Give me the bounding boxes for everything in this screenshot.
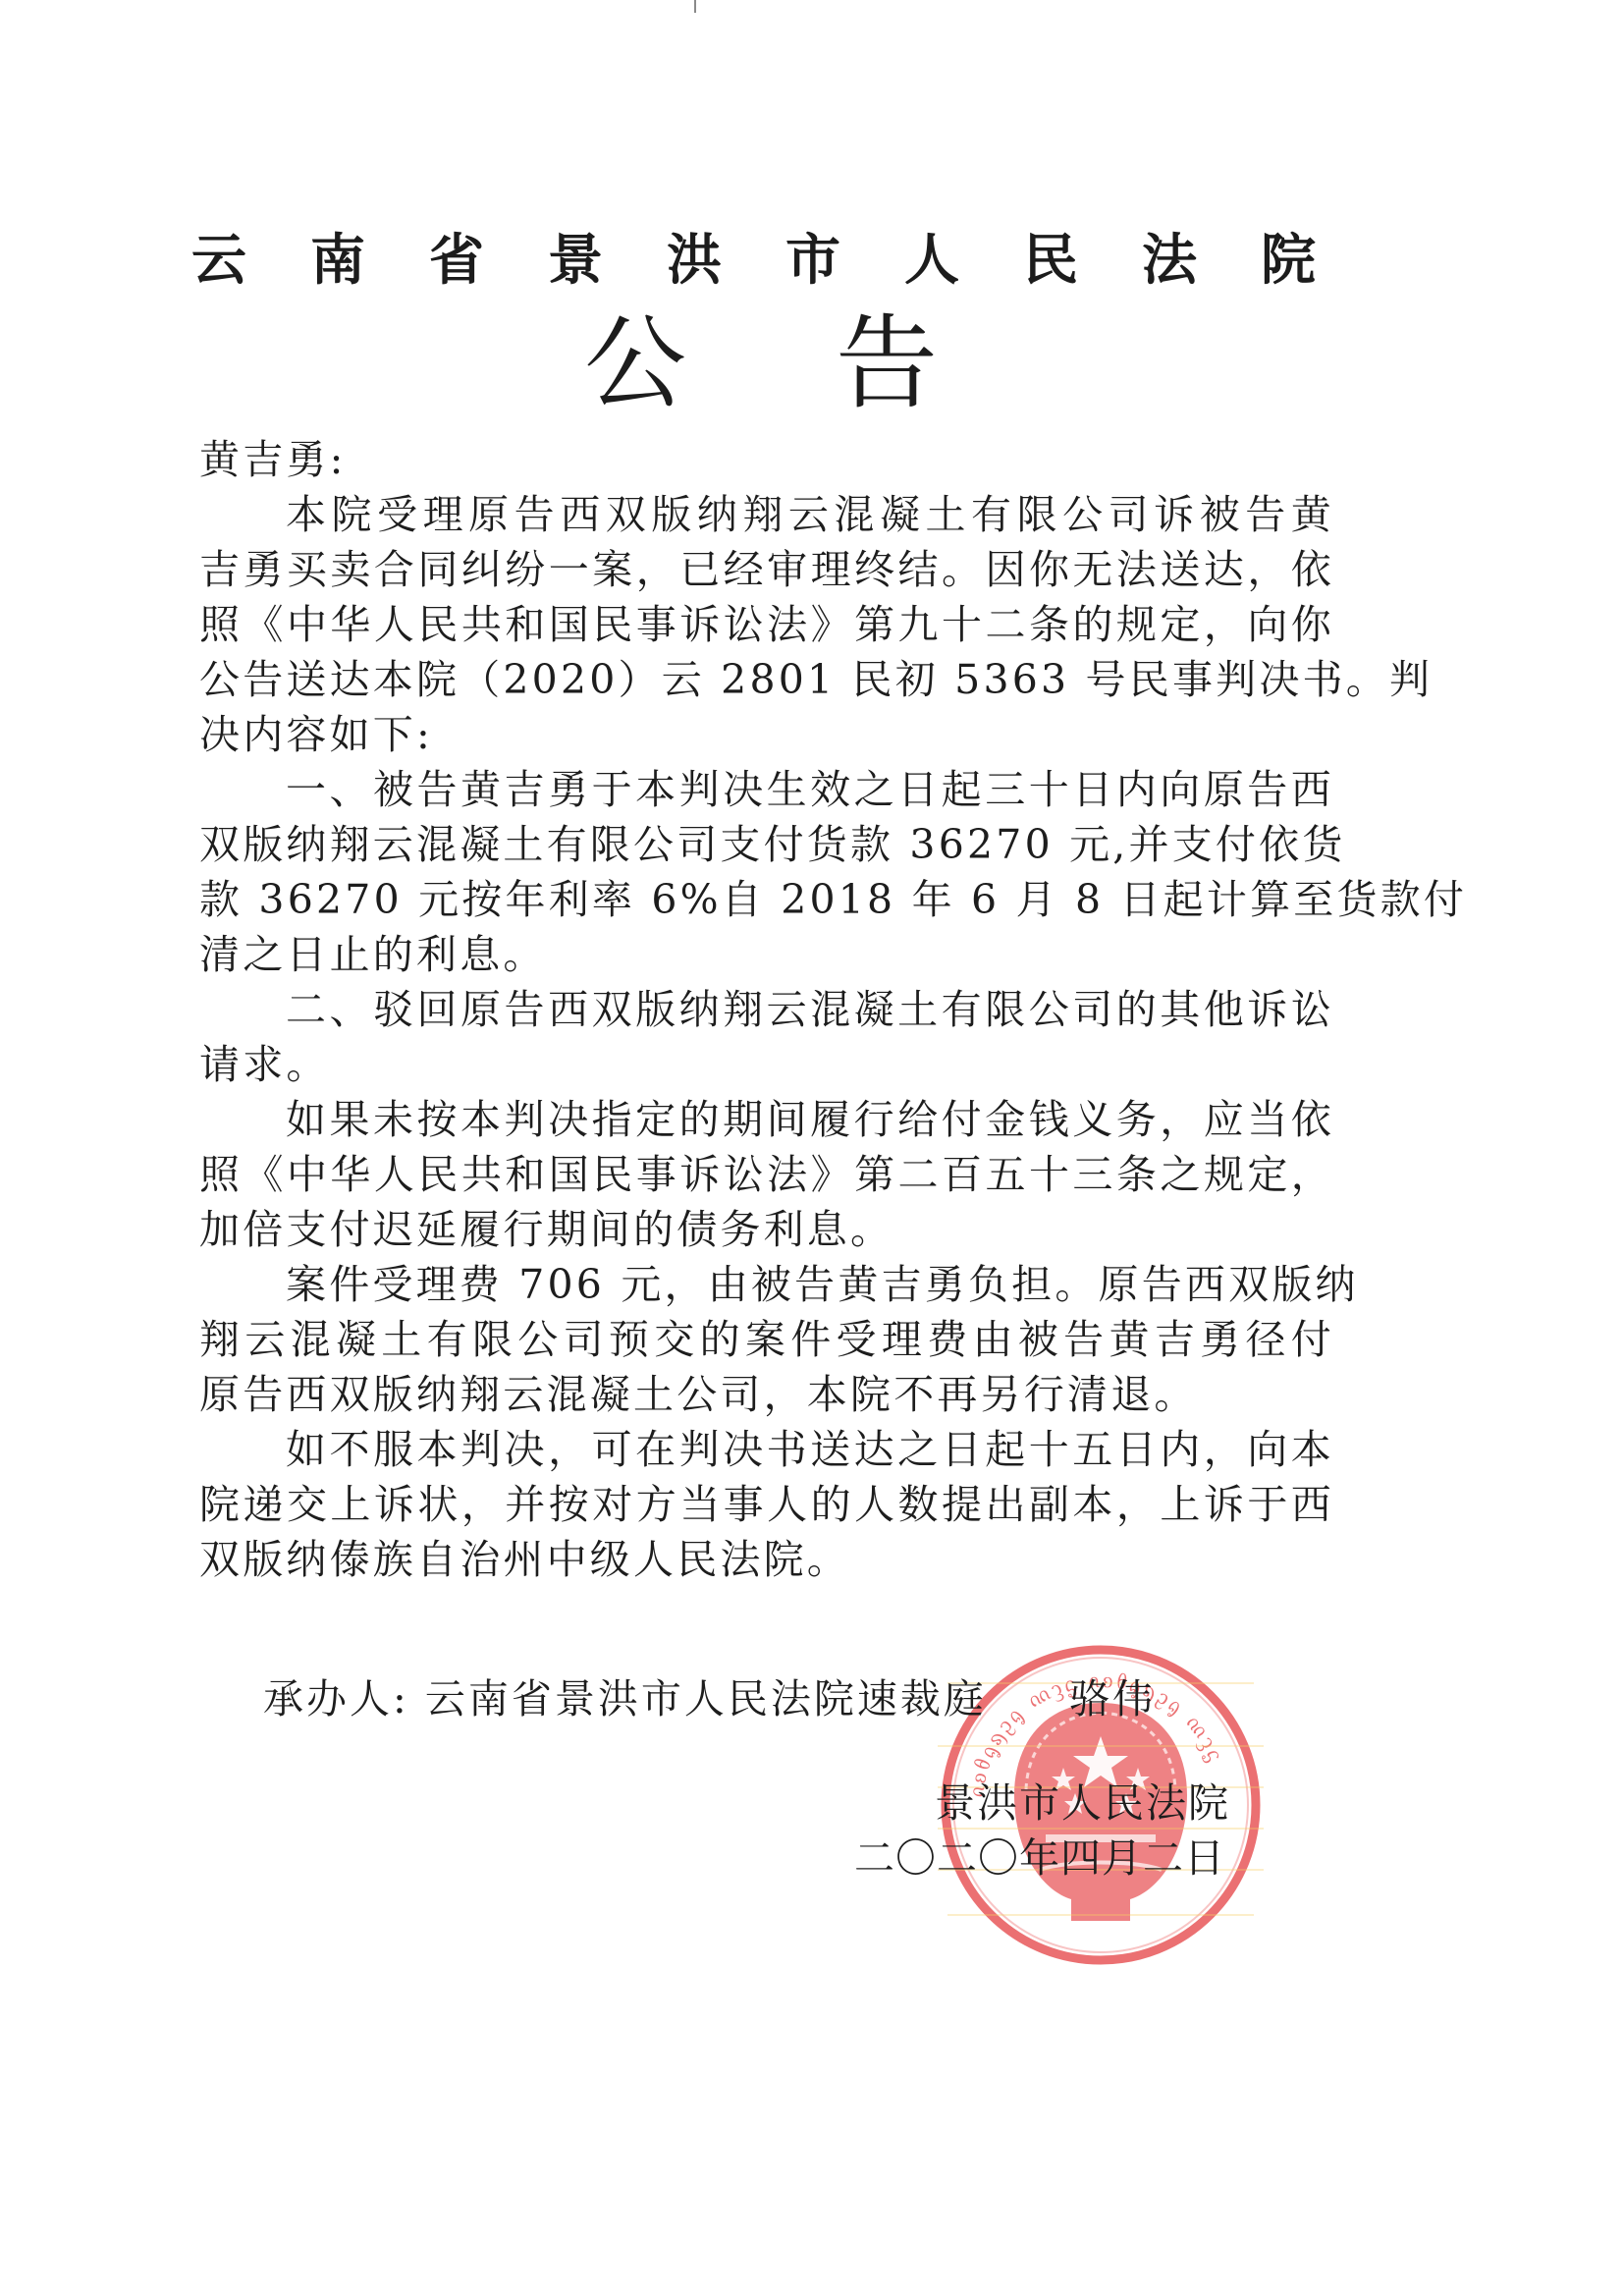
body-line: 照《中华人民共和国民事诉讼法》第二百五十三条之规定， [199,1147,1334,1202]
notice-heading-char: 公 [584,304,686,422]
body-line: 双版纳傣族自治州中级人民法院。 [199,1532,1334,1587]
body-line: 如不服本判决，可在判决书送达之日起十五日内，向本 [199,1422,1334,1477]
body-line: 款 36270 元按年利率 6%自 2018 年 6 月 8 日起计算至货款付 [199,872,1334,927]
body-line: 加倍支付迟延履行期间的债务利息。 [199,1202,1334,1257]
court-title-char: 人 [904,222,959,301]
salutation: 黄吉勇: [199,432,1334,487]
body-line: 二、驳回原告西双版纳翔云混凝土有限公司的其他诉讼 [199,982,1334,1037]
body-line: 请求。 [199,1037,1334,1092]
notice-body: 黄吉勇: 本院受理原告西双版纳翔云混凝土有限公司诉被告黄吉勇买卖合同纠纷一案，已… [199,432,1334,1587]
body-line: 院递交上诉状，并按对方当事人的人数提出副本，上诉于西 [199,1477,1334,1532]
case-handler-line: 承办人: 云南省景洪市人民法院速裁庭 骆伟 [263,1671,1156,1726]
notice-heading-char: 告 [836,304,938,422]
court-title-char: 景 [548,222,603,301]
court-title-char: 院 [1261,222,1316,301]
body-line: 吉勇买卖合同纠纷一案，已经审理终结。因你无法送达，依 [199,542,1334,597]
court-title-char: 省 [429,222,484,301]
body-line: 翔云混凝土有限公司预交的案件受理费由被告黄吉勇径付 [199,1312,1334,1367]
body-line: 双版纳翔云混凝土有限公司支付货款 36270 元,并支付依货 [199,817,1334,872]
scan-edge-mark [694,0,696,13]
body-line: 本院受理原告西双版纳翔云混凝土有限公司诉被告黄 [199,487,1334,542]
body-line: 公告送达本院（2020）云 2801 民初 5363 号民事判决书。判 [199,652,1334,707]
body-line: 决内容如下: [199,707,1334,762]
court-title-char: 法 [1142,222,1197,301]
court-title-char: 云 [191,222,246,301]
document-page: 云 南 省 景 洪 市 人 民 法 院 公 告 黄吉勇: 本院受理原告西双版纳翔… [0,0,1623,2296]
court-title-char: 南 [310,222,365,301]
court-title-char: 洪 [667,222,722,301]
issue-date: 二〇二〇年四月二日 [854,1831,1225,1886]
court-title: 云 南 省 景 洪 市 人 民 法 院 [191,222,1316,301]
handler-department: 云南省景洪市人民法院速裁庭 [425,1675,987,1722]
body-paragraphs: 本院受理原告西双版纳翔云混凝土有限公司诉被告黄吉勇买卖合同纠纷一案，已经审理终结… [199,487,1334,1587]
body-line: 一、被告黄吉勇于本判决生效之日起三十日内向原告西 [199,762,1334,817]
court-title-char: 市 [785,222,840,301]
body-line: 照《中华人民共和国民事诉讼法》第九十二条的规定，向你 [199,597,1334,652]
body-line: 清之日止的利息。 [199,927,1334,982]
body-line: 原告西双版纳翔云混凝土公司，本院不再另行清退。 [199,1367,1334,1422]
handler-name: 骆伟 [1069,1675,1156,1722]
body-line: 案件受理费 706 元，由被告黄吉勇负担。原告西双版纳 [199,1257,1334,1312]
body-line: 如果未按本判决指定的期间履行给付金钱义务，应当依 [199,1092,1334,1147]
handler-label: 承办人: [263,1675,409,1722]
court-signature: 景洪市人民法院 [935,1776,1230,1831]
court-title-char: 民 [1023,222,1078,301]
notice-heading: 公 告 [584,304,938,422]
